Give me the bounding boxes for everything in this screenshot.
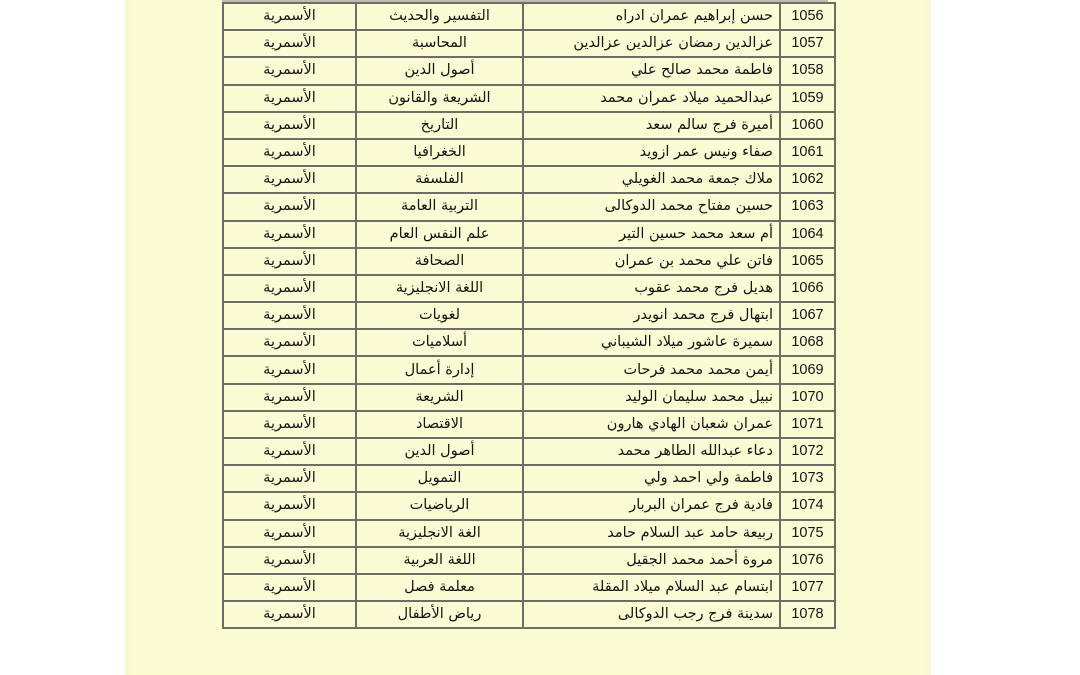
number-cell: 1062	[780, 166, 835, 193]
status-cell: الأسمرية	[223, 438, 356, 465]
status-cell: الأسمرية	[223, 248, 356, 275]
department-cell: الفلسفة	[356, 166, 523, 193]
department-cell: أصول الدين	[356, 438, 523, 465]
table-row: الأسمريةأصول الدينفاطمة محمد صالح علي105…	[223, 57, 835, 84]
name-cell: ابتهال فرج محمد انويدر	[523, 302, 780, 329]
status-cell: الأسمرية	[223, 193, 356, 220]
status-cell: الأسمرية	[223, 465, 356, 492]
status-cell: الأسمرية	[223, 601, 356, 628]
number-cell: 1057	[780, 30, 835, 57]
name-cell: نبيل محمد سليمان الوليد	[523, 384, 780, 411]
table-row: الأسمريةالفلسفةملاك جمعة محمد الغويلي106…	[223, 166, 835, 193]
name-cell: عزالدين رمضان عزالدين عزالدين	[523, 30, 780, 57]
table-row: الأسمريةالغة الانجليزيةربيعة حامد عبد ال…	[223, 520, 835, 547]
status-cell: الأسمرية	[223, 302, 356, 329]
number-cell: 1063	[780, 193, 835, 220]
department-cell: أسلاميات	[356, 329, 523, 356]
department-cell: الصحافة	[356, 248, 523, 275]
number-cell: 1070	[780, 384, 835, 411]
name-cell: حسن إبراهيم عمران ادراه	[523, 3, 780, 30]
number-cell: 1073	[780, 465, 835, 492]
department-cell: علم النفس العام	[356, 221, 523, 248]
name-cell: حسين مفتاح محمد الدوكالى	[523, 193, 780, 220]
department-cell: التاريخ	[356, 112, 523, 139]
table-row: الأسمريةالتفسير والحديثحسن إبراهيم عمران…	[223, 3, 835, 30]
table-row: الأسمريةالتمويلفاطمة ولي احمد ولي1073	[223, 465, 835, 492]
department-cell: الشريعة والقانون	[356, 85, 523, 112]
table-row: الأسمريةالتربية العامةحسين مفتاح محمد ال…	[223, 193, 835, 220]
table-row: الأسمريةالشريعة والقانونعبدالحميد ميلاد …	[223, 85, 835, 112]
status-cell: الأسمرية	[223, 520, 356, 547]
number-cell: 1074	[780, 492, 835, 519]
name-cell: أميرة فرج سالم سعد	[523, 112, 780, 139]
status-cell: الأسمرية	[223, 112, 356, 139]
department-cell: الخغرافيا	[356, 139, 523, 166]
status-cell: الأسمرية	[223, 492, 356, 519]
name-cell: فاطمة محمد صالح علي	[523, 57, 780, 84]
status-cell: الأسمرية	[223, 3, 356, 30]
department-cell: الاقتصاد	[356, 411, 523, 438]
name-cell: صفاء ونيس عمر ازويد	[523, 139, 780, 166]
name-cell: دعاء عبدالله الطاهر محمد	[523, 438, 780, 465]
name-cell: سميرة عاشور ميلاد الشيباني	[523, 329, 780, 356]
name-cell: سدينة فرج رجب الدوكالى	[523, 601, 780, 628]
status-cell: الأسمرية	[223, 57, 356, 84]
department-cell: معلمة فصل	[356, 574, 523, 601]
name-cell: مروة أحمد محمد الجقيل	[523, 547, 780, 574]
name-cell: فاطمة ولي احمد ولي	[523, 465, 780, 492]
number-cell: 1071	[780, 411, 835, 438]
number-cell: 1069	[780, 356, 835, 383]
department-cell: المحاسبة	[356, 30, 523, 57]
number-cell: 1065	[780, 248, 835, 275]
number-cell: 1060	[780, 112, 835, 139]
number-cell: 1064	[780, 221, 835, 248]
number-cell: 1056	[780, 3, 835, 30]
name-cell: فادية فرج عمران البربار	[523, 492, 780, 519]
department-cell: الشريعة	[356, 384, 523, 411]
number-cell: 1078	[780, 601, 835, 628]
number-cell: 1067	[780, 302, 835, 329]
table-row: الأسمريةالتاريخأميرة فرج سالم سعد1060	[223, 112, 835, 139]
name-cell: عمران شعبان الهادي هارون	[523, 411, 780, 438]
status-cell: الأسمرية	[223, 356, 356, 383]
department-cell: أصول الدين	[356, 57, 523, 84]
table-row: الأسمريةالخغرافياصفاء ونيس عمر ازويد1061	[223, 139, 835, 166]
table-row: الأسمريةإدارة أعمالأيمن محمد محمد فرحات1…	[223, 356, 835, 383]
number-cell: 1059	[780, 85, 835, 112]
status-cell: الأسمرية	[223, 411, 356, 438]
number-cell: 1058	[780, 57, 835, 84]
number-cell: 1066	[780, 275, 835, 302]
department-cell: الغة الانجليزية	[356, 520, 523, 547]
status-cell: الأسمرية	[223, 384, 356, 411]
table-row: الأسمريةالرياضياتفادية فرج عمران البربار…	[223, 492, 835, 519]
number-cell: 1076	[780, 547, 835, 574]
status-cell: الأسمرية	[223, 139, 356, 166]
roster-table: الأسمريةالتفسير والحديثحسن إبراهيم عمران…	[222, 2, 836, 629]
name-cell: ابتسام عبد السلام ميلاد المقلة	[523, 574, 780, 601]
status-cell: الأسمرية	[223, 329, 356, 356]
status-cell: الأسمرية	[223, 166, 356, 193]
department-cell: الرياضيات	[356, 492, 523, 519]
table-row: الأسمريةاللغة الانجليزيةهديل فرج محمد عق…	[223, 275, 835, 302]
table-row: الأسمريةأصول الديندعاء عبدالله الطاهر مح…	[223, 438, 835, 465]
status-cell: الأسمرية	[223, 547, 356, 574]
name-cell: ربيعة حامد عبد السلام حامد	[523, 520, 780, 547]
table-row: الأسمريةعلم النفس العامأم سعد محمد حسين …	[223, 221, 835, 248]
department-cell: لغويات	[356, 302, 523, 329]
name-cell: هديل فرج محمد عقوب	[523, 275, 780, 302]
department-cell: التربية العامة	[356, 193, 523, 220]
name-cell: عبدالحميد ميلاد عمران محمد	[523, 85, 780, 112]
status-cell: الأسمرية	[223, 574, 356, 601]
number-cell: 1075	[780, 520, 835, 547]
name-cell: ملاك جمعة محمد الغويلي	[523, 166, 780, 193]
table-row: الأسمريةمعلمة فصلابتسام عبد السلام ميلاد…	[223, 574, 835, 601]
table-row: الأسمريةأسلامياتسميرة عاشور ميلاد الشيبا…	[223, 329, 835, 356]
roster-table-body: الأسمريةالتفسير والحديثحسن إبراهيم عمران…	[223, 3, 835, 628]
name-cell: أم سعد محمد حسين التير	[523, 221, 780, 248]
department-cell: اللغة الانجليزية	[356, 275, 523, 302]
table-row: الأسمريةرياض الأطفالسدينة فرج رجب الدوكا…	[223, 601, 835, 628]
status-cell: الأسمرية	[223, 85, 356, 112]
department-cell: رياض الأطفال	[356, 601, 523, 628]
table-row: الأسمريةالاقتصادعمران شعبان الهادي هارون…	[223, 411, 835, 438]
table-row: الأسمريةالصحافةفاتن علي محمد بن عمران106…	[223, 248, 835, 275]
department-cell: اللغة العربية	[356, 547, 523, 574]
department-cell: إدارة أعمال	[356, 356, 523, 383]
department-cell: التمويل	[356, 465, 523, 492]
name-cell: أيمن محمد محمد فرحات	[523, 356, 780, 383]
number-cell: 1068	[780, 329, 835, 356]
table-row: الأسمريةاللغة العربيةمروة أحمد محمد الجق…	[223, 547, 835, 574]
number-cell: 1077	[780, 574, 835, 601]
number-cell: 1061	[780, 139, 835, 166]
table-row: الأسمريةلغوياتابتهال فرج محمد انويدر1067	[223, 302, 835, 329]
status-cell: الأسمرية	[223, 275, 356, 302]
name-cell: فاتن علي محمد بن عمران	[523, 248, 780, 275]
department-cell: التفسير والحديث	[356, 3, 523, 30]
number-cell: 1072	[780, 438, 835, 465]
table-row: الأسمريةالمحاسبةعزالدين رمضان عزالدين عز…	[223, 30, 835, 57]
status-cell: الأسمرية	[223, 30, 356, 57]
table-row: الأسمريةالشريعةنبيل محمد سليمان الوليد10…	[223, 384, 835, 411]
status-cell: الأسمرية	[223, 221, 356, 248]
